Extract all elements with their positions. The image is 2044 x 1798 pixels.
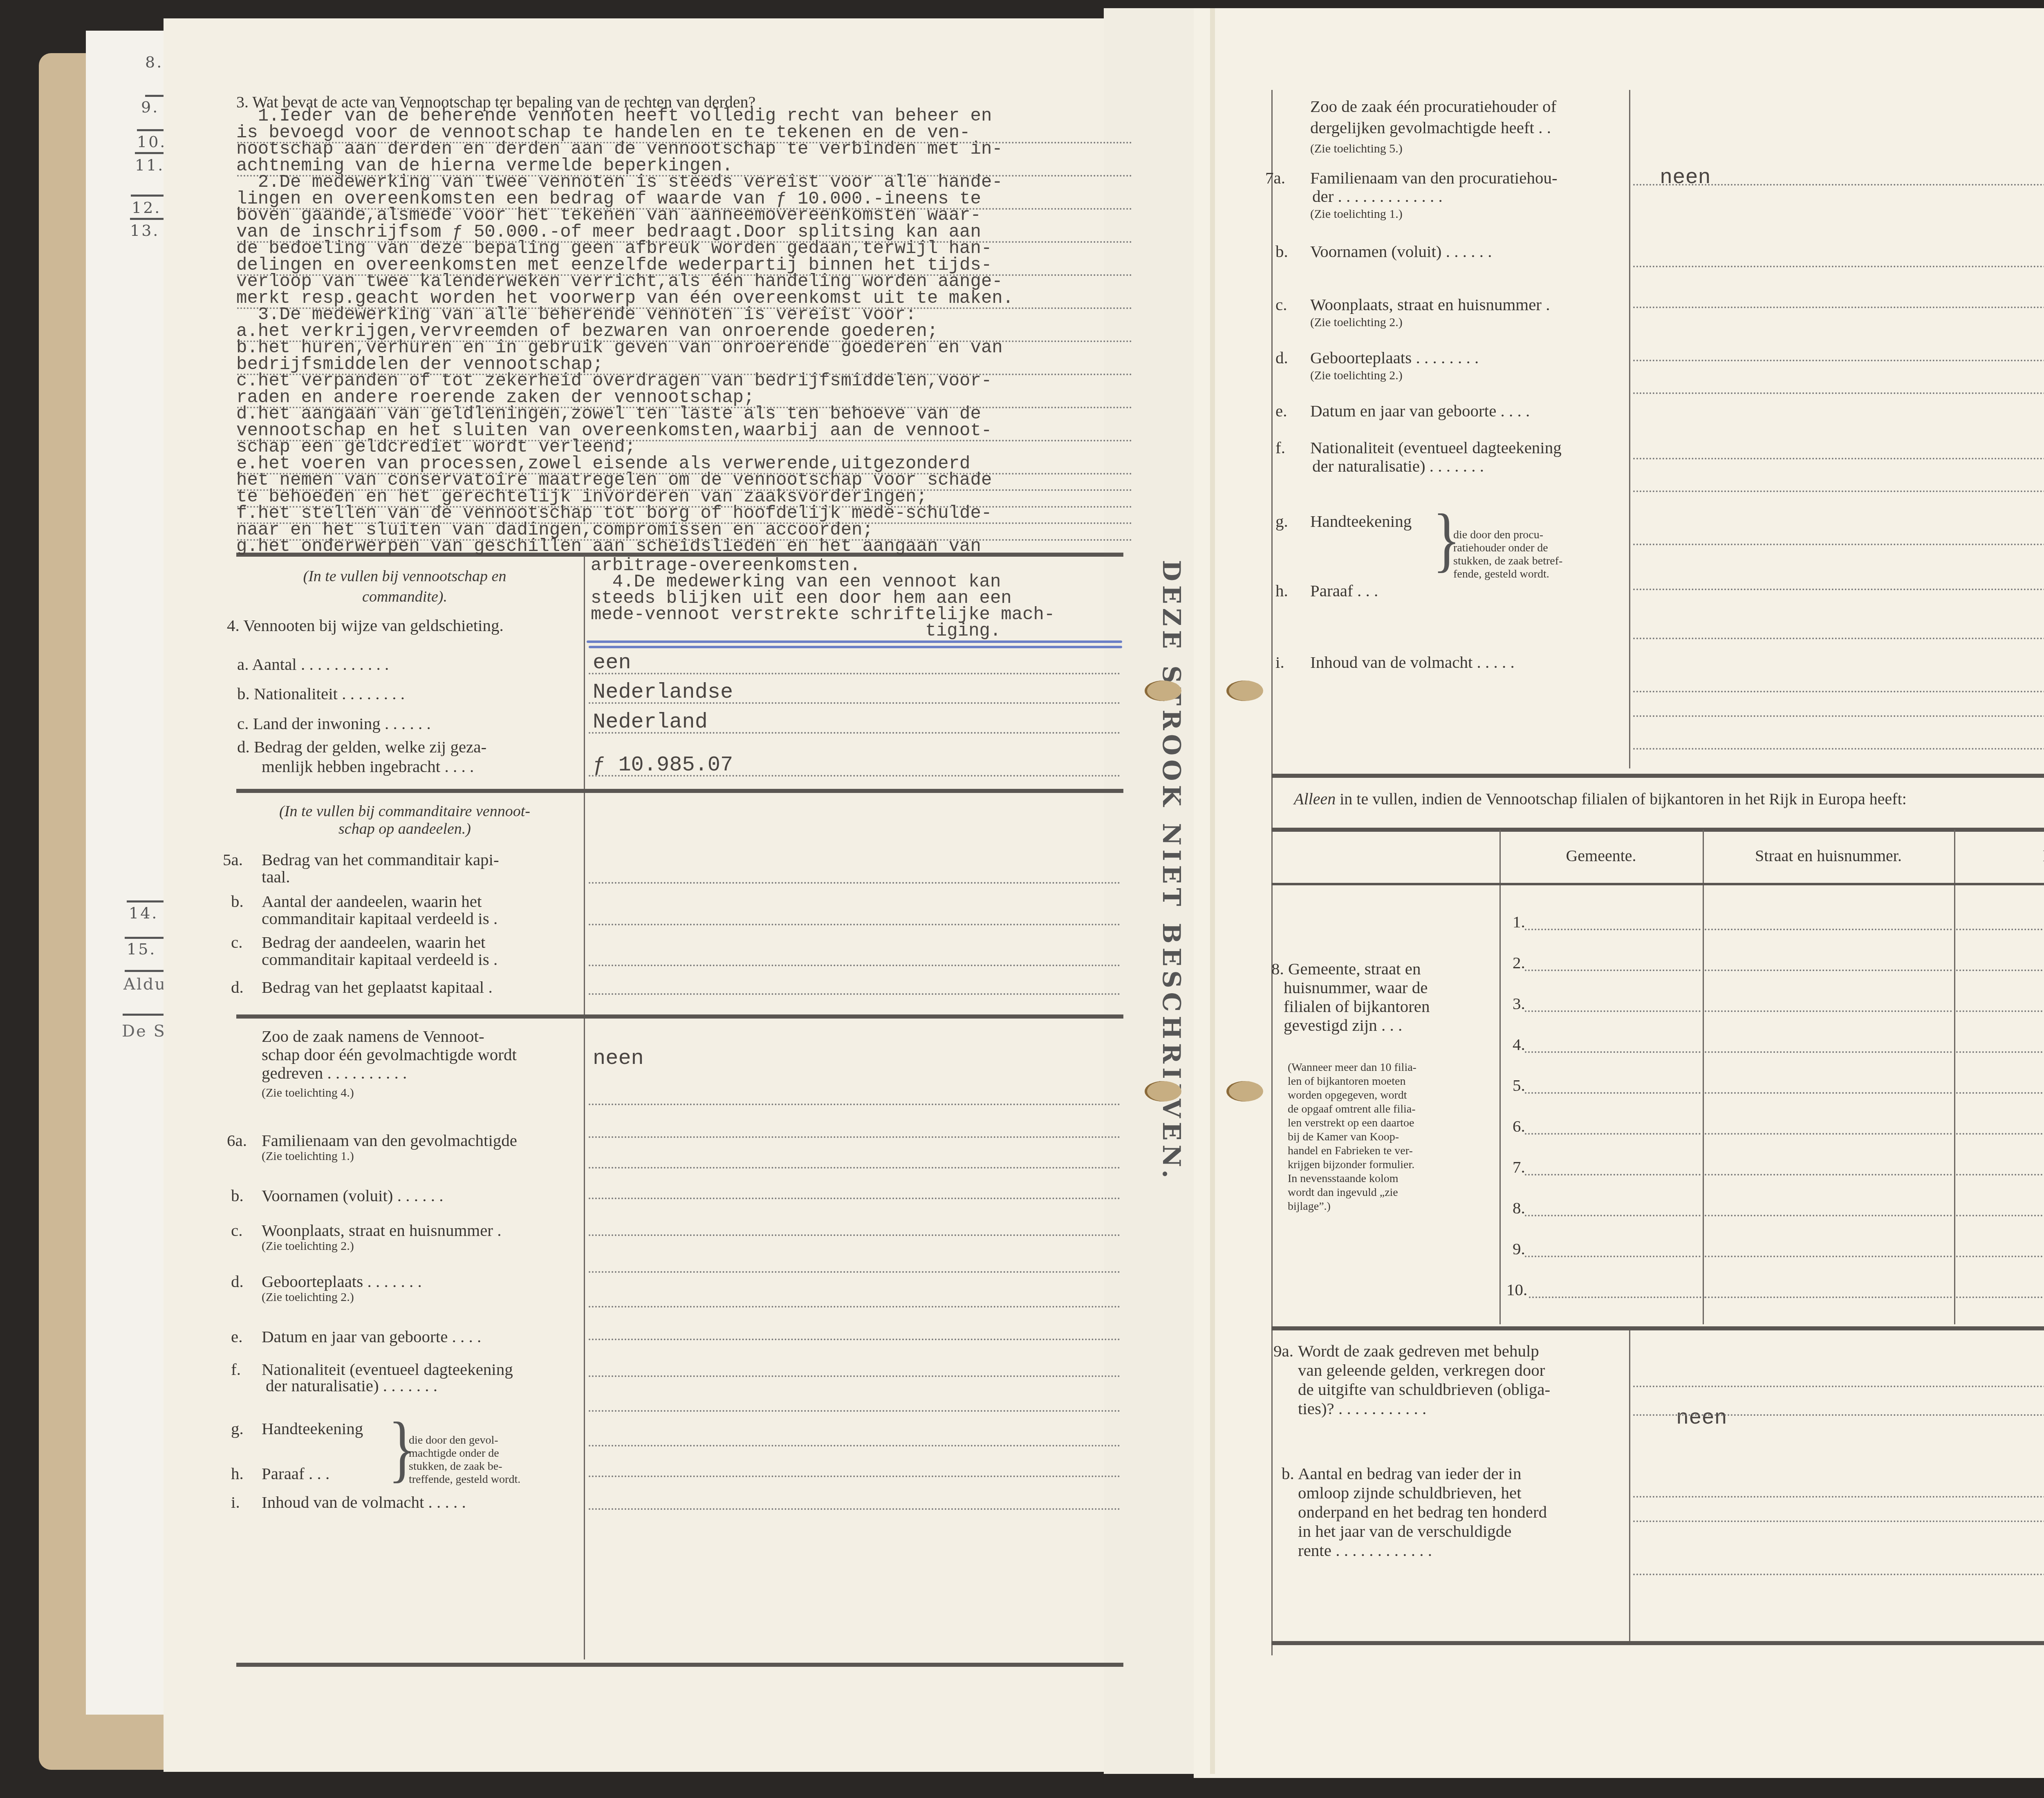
section-rule <box>236 1663 1123 1667</box>
branch-straat-field[interactable] <box>1705 1174 1952 1176</box>
q7-number: h. <box>1275 580 1288 601</box>
branch-straat-field[interactable] <box>1705 1256 1952 1257</box>
q9a-label: van geleende gelden, verkregen door <box>1298 1360 1545 1380</box>
q6-intro: schap door één gevolmachtigde wordt <box>262 1044 517 1065</box>
q7-label: Geboorteplaats . . . . . . . . <box>1310 347 1479 368</box>
branch-row-number: 4. <box>1513 1034 1525 1055</box>
q7-number: c. <box>1275 294 1287 315</box>
q6-field[interactable] <box>589 1508 1120 1510</box>
q6-field[interactable] <box>589 1375 1120 1377</box>
q7-number: b. <box>1275 241 1288 262</box>
branch-gemeente-field[interactable] <box>1525 1133 1701 1135</box>
section-rule <box>236 1014 1123 1019</box>
q6-label: Familienaam van den gevolmachtigde <box>262 1130 517 1151</box>
q4-note: commandite). <box>229 587 580 607</box>
q6-field[interactable] <box>589 1306 1120 1308</box>
branches-heading-emphasis: Alleen <box>1294 790 1336 808</box>
q6-label: der naturalisatie) . . . . . . . <box>266 1375 437 1396</box>
q7-field[interactable] <box>1633 748 2044 750</box>
edge-rule <box>125 937 166 939</box>
q9a-value[interactable]: neen <box>1676 1406 1727 1430</box>
branch-naam-field[interactable] <box>1956 970 2044 971</box>
q6-number: 6a. <box>227 1130 247 1151</box>
column-header: Naam. <box>1954 846 2044 865</box>
q7-label: Voornamen (voluit) . . . . . . <box>1310 241 1492 262</box>
q8-note: de opgaaf omtrent alle filia- <box>1288 1102 1416 1116</box>
column-header: Straat en huisnummer. <box>1703 846 1954 865</box>
q9b-label: onderpand en het bedrag ten honderd <box>1298 1502 1547 1522</box>
q7-label: Familienaam van den procuratiehou- <box>1310 168 1558 188</box>
blue-pen-line <box>589 646 1122 648</box>
branch-straat-field[interactable] <box>1705 1296 1952 1298</box>
branch-row-number: 10. <box>1506 1279 1527 1300</box>
q6-field[interactable] <box>589 1104 1120 1105</box>
q7-note: (Zie toelichting 1.) <box>1310 206 1403 222</box>
q6-intro: gedreven . . . . . . . . . . <box>262 1063 407 1083</box>
q8-note: (Wanneer meer dan 10 filia- <box>1288 1061 1416 1075</box>
q6-value[interactable]: neen <box>593 1046 644 1070</box>
column-divider <box>1629 90 1630 768</box>
column-divider <box>584 556 585 1659</box>
q5-number: 5a. <box>223 849 243 870</box>
q7-label: Inhoud van de volmacht . . . . . <box>1310 652 1515 672</box>
branch-naam-field[interactable] <box>1956 1092 2044 1094</box>
q6-field[interactable] <box>589 1339 1120 1340</box>
q6-note: (Zie toelichting 2.) <box>262 1290 354 1305</box>
edge-number: 13. <box>130 222 159 240</box>
q9a-label: Wordt de zaak gedreven met behulp <box>1298 1341 1539 1361</box>
q8-note: krijgen bijzonder formulier. <box>1288 1158 1414 1172</box>
q7-label: Datum en jaar van geboorte . . . . <box>1310 401 1530 421</box>
branch-row-number: 8. <box>1513 1198 1525 1218</box>
q5-label: taal. <box>262 867 290 887</box>
q7-number: f. <box>1275 437 1285 458</box>
branch-naam-field[interactable] <box>1956 1051 2044 1053</box>
q8-label: filialen of bijkantoren <box>1284 996 1430 1017</box>
column-divider <box>1629 1330 1630 1645</box>
branch-gemeente-field[interactable] <box>1525 970 1701 971</box>
edge-number: 8. <box>145 53 163 71</box>
edge-fragment: Aldu <box>123 975 166 994</box>
q7-field[interactable] <box>1633 715 2044 717</box>
punch-hole <box>1226 681 1263 701</box>
q4-value[interactable]: een <box>593 651 631 675</box>
branch-straat-field[interactable] <box>1705 1092 1952 1094</box>
q7-label: der . . . . . . . . . . . . . <box>1312 186 1443 206</box>
branch-row-number: 1. <box>1513 911 1525 932</box>
edge-rule <box>123 1014 166 1016</box>
edge-rule <box>127 900 166 902</box>
branch-straat-field[interactable] <box>1705 970 1952 971</box>
q9a-label: de uitgifte van schuldbrieven (obliga- <box>1298 1379 1550 1399</box>
branch-gemeente-field[interactable] <box>1525 1092 1701 1094</box>
q6-number: f. <box>231 1359 241 1379</box>
q7-field[interactable] <box>1633 638 2044 639</box>
typed-line: tiging. <box>591 622 1001 640</box>
branch-row-number: 2. <box>1513 952 1525 973</box>
branch-naam-field[interactable] <box>1956 1133 2044 1135</box>
q7-number: g. <box>1275 511 1288 531</box>
q6-label: Inhoud van de volmacht . . . . . <box>262 1492 466 1512</box>
section-rule <box>236 789 1123 793</box>
q9b-label: in het jaar van de verschuldigde <box>1298 1521 1512 1541</box>
q5-label: Bedrag van het geplaatst kapitaal . <box>262 977 493 997</box>
branch-naam-field[interactable] <box>1956 1174 2044 1176</box>
q8-label: 8. Gemeente, straat en <box>1271 958 1421 979</box>
q4-label: d. Bedrag der gelden, welke zij geza- <box>237 737 486 757</box>
edge-rule <box>145 95 166 97</box>
q7-intro: dergelijken gevolmachtigde heeft . . <box>1310 117 1551 138</box>
q9a-number: 9a. <box>1273 1341 1293 1361</box>
q5-field[interactable] <box>589 993 1120 995</box>
branch-naam-field[interactable] <box>1956 929 2044 930</box>
punch-hole <box>1226 1081 1263 1102</box>
q6-brace-note: treffende, gesteld wordt. <box>409 1472 520 1487</box>
section-rule <box>1271 828 2044 832</box>
q9-field[interactable] <box>1633 1520 2044 1522</box>
q7-label: Handteekening <box>1310 511 1412 531</box>
branch-straat-field[interactable] <box>1705 1133 1952 1135</box>
punch-hole <box>1145 1081 1181 1102</box>
q8-note: bij de Kamer van Koop- <box>1288 1130 1399 1144</box>
q4-label: b. Nationaliteit . . . . . . . . <box>237 683 405 704</box>
q4-note: (In te vullen bij vennootschap en <box>229 566 580 587</box>
q7-intro: Zoo de zaak één procuratiehouder of <box>1310 96 1556 116</box>
q6-label: Datum en jaar van geboorte . . . . <box>262 1326 481 1347</box>
q9b-label: Aantal en bedrag van ieder der in <box>1298 1463 1521 1484</box>
branch-gemeente-field[interactable] <box>1525 1215 1701 1216</box>
branch-gemeente-field[interactable] <box>1525 1256 1701 1257</box>
q9b-label: omloop zijnde schuldbrieven, het <box>1298 1482 1522 1503</box>
q7-number: d. <box>1275 347 1288 368</box>
q9-field[interactable] <box>1633 1386 2044 1387</box>
q5-number: c. <box>231 932 242 952</box>
branch-naam-field[interactable] <box>1956 1215 2044 1216</box>
q5-number: b. <box>231 891 244 911</box>
branch-row-number: 3. <box>1513 993 1525 1014</box>
branch-gemeente-field[interactable] <box>1525 1051 1701 1053</box>
q6-note: (Zie toelichting 2.) <box>262 1238 354 1254</box>
q4-value[interactable]: Nederlandse <box>593 680 733 704</box>
branch-naam-field[interactable] <box>1956 1256 2044 1257</box>
q4-value[interactable]: ƒ 10.985.07 <box>593 753 733 777</box>
q6-number: i. <box>231 1492 240 1512</box>
section-rule <box>1271 1326 2044 1330</box>
q7-note: (Zie toelichting 2.) <box>1310 368 1403 383</box>
q9b-label: rente . . . . . . . . . . . . <box>1298 1540 1432 1561</box>
q9-field[interactable] <box>1633 1574 2044 1575</box>
q6-field[interactable] <box>589 1410 1120 1412</box>
q9-field[interactable] <box>1633 1496 2044 1498</box>
edge-rule <box>130 218 166 220</box>
edge-fragment: De S <box>122 1022 166 1041</box>
q7-note: (Zie toelichting 2.) <box>1310 315 1403 330</box>
q6-label: Paraaf . . . <box>262 1463 329 1484</box>
q6-label: Handteekening <box>262 1418 363 1439</box>
q8-note: In nevensstaande kolom <box>1288 1172 1399 1186</box>
q6-field[interactable] <box>589 1445 1120 1446</box>
q6-intro: Zoo de zaak namens de Vennoot- <box>262 1026 484 1046</box>
q6-field[interactable] <box>589 1271 1120 1273</box>
section-rule <box>1271 774 2044 778</box>
q4-field[interactable] <box>589 673 1120 674</box>
branch-gemeente-field[interactable] <box>1529 1296 1705 1298</box>
q8-note: handel en Fabrieken te ver- <box>1288 1144 1413 1158</box>
q6-field[interactable] <box>589 1167 1120 1169</box>
edge-rule <box>135 152 166 154</box>
column-header: Gemeente. <box>1499 846 1703 865</box>
edge-number: 15. <box>127 940 156 958</box>
q7-note: (Zie toelichting 5.) <box>1310 141 1403 157</box>
q5-field[interactable] <box>589 965 1120 966</box>
q6-field[interactable] <box>589 1234 1120 1236</box>
q5-number: d. <box>231 977 244 997</box>
q6-number: c. <box>231 1220 242 1240</box>
q6-note: (Zie toelichting 1.) <box>262 1149 354 1164</box>
q7-field[interactable] <box>1633 544 2044 545</box>
q5-label: commanditair kapitaal verdeeld is . <box>262 908 498 929</box>
q6-label: Voornamen (voluit) . . . . . . <box>262 1185 444 1206</box>
branch-gemeente-field[interactable] <box>1525 1174 1701 1176</box>
q9-field[interactable] <box>1633 1414 2044 1416</box>
branch-gemeente-field[interactable] <box>1525 1010 1701 1012</box>
q6-note: (Zie toelichting 4.) <box>262 1085 354 1101</box>
q8-note: len of bijkantoren moeten <box>1288 1075 1405 1088</box>
column-divider <box>1954 830 1955 1324</box>
edge-rule <box>125 970 166 972</box>
q7-field[interactable] <box>1633 392 2044 394</box>
table-header-rule <box>1271 883 2044 885</box>
q7-label: Nationaliteit (eventueel dagteekening <box>1310 437 1562 458</box>
edge-number: 14. <box>129 904 158 922</box>
branch-straat-field[interactable] <box>1705 1215 1952 1216</box>
column-divider <box>1499 830 1501 1324</box>
column-divider <box>1703 830 1704 1324</box>
q7-field[interactable] <box>1633 266 2044 267</box>
q5-note: schap op aandeelen.) <box>229 819 580 839</box>
branch-naam-field[interactable] <box>1956 1296 2044 1298</box>
q6-number: e. <box>231 1326 242 1347</box>
branch-straat-field[interactable] <box>1705 929 1952 930</box>
q5-field[interactable] <box>589 924 1120 925</box>
q7-brace-note: fende, gesteld wordt. <box>1453 566 1549 582</box>
edge-number: 11. <box>135 156 164 174</box>
q7-field[interactable] <box>1633 360 2044 361</box>
branches-heading-text: in te vullen, indien de Vennootschap fil… <box>1336 790 1907 808</box>
q7-value[interactable]: neen <box>1660 166 1711 190</box>
q7-label: der naturalisatie) . . . . . . . <box>1312 456 1484 476</box>
q5-label: commanditair kapitaal verdeeld is . <box>262 949 498 970</box>
punch-hole <box>1145 681 1181 701</box>
q6-number: g. <box>231 1418 244 1439</box>
q4-title: 4. Vennooten bij wijze van geldschieting… <box>227 615 504 636</box>
q8-label: gevestigd zijn . . . <box>1284 1015 1402 1035</box>
q7-field[interactable] <box>1633 589 2044 590</box>
branch-straat-field[interactable] <box>1705 1051 1952 1053</box>
q7-field[interactable] <box>1633 307 2044 308</box>
q7-field[interactable] <box>1633 691 2044 692</box>
q6-label: Geboorteplaats . . . . . . . <box>262 1271 422 1292</box>
q7-field[interactable] <box>1633 184 2044 186</box>
branch-straat-field[interactable] <box>1705 1010 1952 1012</box>
page-gutter <box>1210 8 1215 1774</box>
q6-field[interactable] <box>589 1136 1120 1138</box>
q4-value[interactable]: Nederland <box>593 710 708 734</box>
q8-note: wordt dan ingevuld „zie <box>1288 1186 1398 1200</box>
edge-rule <box>137 129 166 131</box>
section-rule <box>1271 1641 2044 1645</box>
q7-number: i. <box>1275 652 1284 672</box>
q6-field[interactable] <box>589 1476 1120 1477</box>
branch-naam-field[interactable] <box>1956 1010 2044 1012</box>
q8-label: huisnummer, waar de <box>1284 977 1428 998</box>
q9a-label: ties)? . . . . . . . . . . . <box>1298 1398 1426 1419</box>
edge-number: 10. <box>137 133 166 151</box>
q5-label: Bedrag van het commanditair kapi- <box>262 849 499 870</box>
q6-number: h. <box>231 1463 244 1484</box>
q4-label: c. Land der inwoning . . . . . . <box>237 713 431 734</box>
typed-line: g.het onderwerpen van geschillen aan sch… <box>236 537 981 555</box>
q7-label: Paraaf . . . <box>1310 580 1378 601</box>
q6-label: Woonplaats, straat en huisnummer . <box>262 1220 502 1240</box>
q7-field[interactable] <box>1633 458 2044 459</box>
q9b-number: b. <box>1282 1463 1294 1484</box>
q7-number: 7a. <box>1265 168 1285 188</box>
branch-row-number: 9. <box>1513 1238 1525 1259</box>
edge-number: 9. <box>141 98 159 116</box>
q6-number: d. <box>231 1271 244 1292</box>
q4-label: a. Aantal . . . . . . . . . . . <box>237 654 389 674</box>
q7-field[interactable] <box>1633 490 2044 492</box>
edge-rule <box>131 195 166 197</box>
branch-row-number: 6. <box>1513 1116 1525 1136</box>
q8-note: bijlage”.) <box>1288 1200 1331 1214</box>
q6-field[interactable] <box>589 1198 1120 1199</box>
q8-note: worden opgegeven, wordt <box>1288 1088 1407 1102</box>
branch-row-number: 5. <box>1513 1075 1525 1095</box>
page-margin-line <box>1271 90 1273 1655</box>
q4-label: menlijk hebben ingebracht . . . . <box>262 756 474 777</box>
q5-field[interactable] <box>589 882 1120 884</box>
branch-gemeente-field[interactable] <box>1525 929 1701 930</box>
q7-label: Woonplaats, straat en huisnummer . <box>1310 294 1550 315</box>
q7-number: e. <box>1275 401 1287 421</box>
branches-heading: Alleen in te vullen, indien de Vennootsc… <box>1294 789 1907 809</box>
branch-row-number: 7. <box>1513 1157 1525 1177</box>
q6-number: b. <box>231 1185 244 1206</box>
q8-note: len verstrekt op een daartoe <box>1288 1116 1414 1130</box>
edge-number: 12. <box>132 199 161 217</box>
